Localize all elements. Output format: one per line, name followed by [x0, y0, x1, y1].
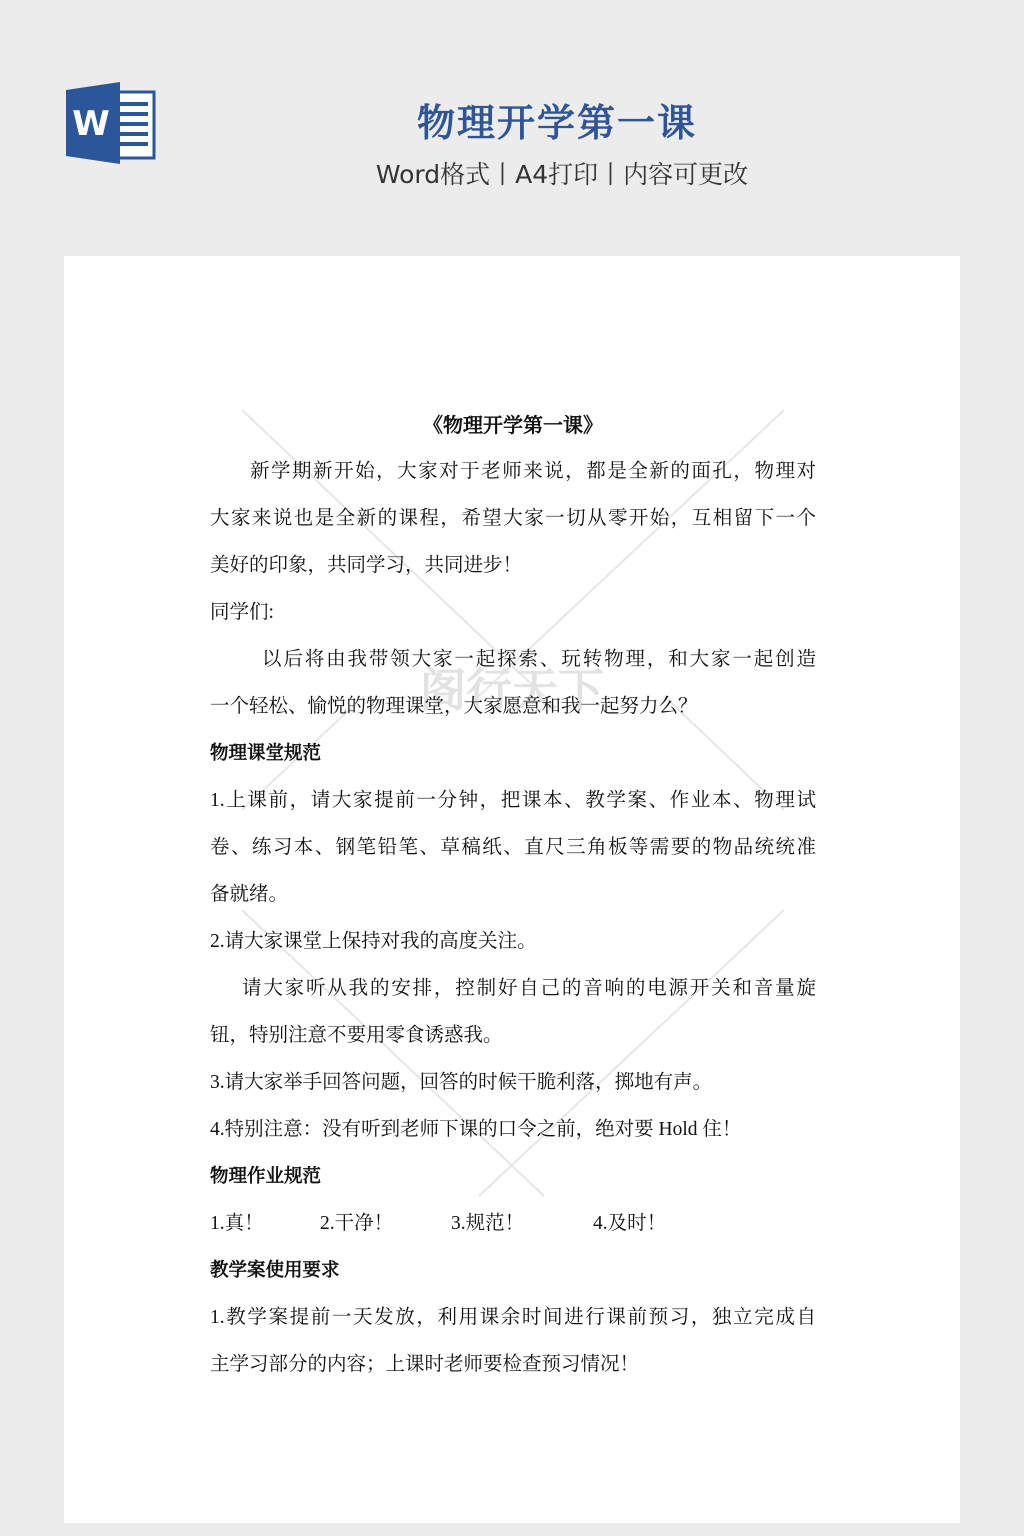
- rule-line: 备就绪。: [210, 871, 816, 918]
- intro-line: 美好的印象，共同学习，共同进步！: [210, 542, 816, 589]
- lesson-plan-line: 1.教学案提前一天发放，利用课余时间进行课前预习，独立完成自: [210, 1294, 816, 1341]
- intro-line: 新学期新开始，大家对于老师来说，都是全新的面孔，物理对: [210, 448, 816, 495]
- homework-item: 1.真！: [210, 1200, 320, 1247]
- invite-line: 以后将由我带领大家一起探索、玩转物理，和大家一起创造: [210, 636, 816, 683]
- rule-line: 1.上课前，请大家提前一分钟，把课本、教学案、作业本、物理试: [210, 777, 816, 824]
- rule-line: 3.请大家举手回答问题，回答的时候干脆利落，掷地有声。: [210, 1059, 816, 1106]
- lesson-plan-line: 主学习部分的内容；上课时老师要检查预习情况！: [210, 1341, 816, 1388]
- section-heading-homework-rules: 物理作业规范: [210, 1153, 816, 1200]
- rule-line: 2.请大家课堂上保持对我的高度关注。: [210, 918, 816, 965]
- invite-line: 一个轻松、愉悦的物理课堂，大家愿意和我一起努力么？: [210, 683, 816, 730]
- rule-line: 卷、练习本、钢笔铅笔、草稿纸、直尺三角板等需要的物品统统准: [210, 824, 816, 871]
- intro-line: 大家来说也是全新的课程，希望大家一切从零开始，互相留下一个: [210, 495, 816, 542]
- homework-item: 2.干净！: [320, 1200, 451, 1247]
- homework-item: 3.规范！: [451, 1200, 593, 1247]
- homework-item: 4.及时！: [593, 1200, 666, 1247]
- document-title: 《物理开学第一课》: [210, 402, 816, 448]
- rule-line: 请大家听从我的安排，控制好自己的音响的电源开关和音量旋: [210, 965, 816, 1012]
- header-title: 物理开学第一课: [0, 92, 1024, 147]
- section-heading-classroom-rules: 物理课堂规范: [210, 730, 816, 777]
- greeting: 同学们:: [210, 589, 816, 636]
- section-heading-lesson-plan: 教学案使用要求: [210, 1247, 816, 1294]
- header-subtitle: Word格式丨A4打印丨内容可更改: [0, 155, 1024, 191]
- rule-line: 钮，特别注意不要用零食诱惑我。: [210, 1012, 816, 1059]
- homework-items: 1.真！ 2.干净！ 3.规范！ 4.及时！: [210, 1200, 816, 1247]
- rule-line: 4.特别注意：没有听到老师下课的口令之前，绝对要 Hold 住！: [210, 1106, 816, 1153]
- document-body: 《物理开学第一课》 新学期新开始，大家对于老师来说，都是全新的面孔，物理对 大家…: [210, 402, 816, 1388]
- document-page: 阁行天下 《物理开学第一课》 新学期新开始，大家对于老师来说，都是全新的面孔，物…: [64, 256, 960, 1523]
